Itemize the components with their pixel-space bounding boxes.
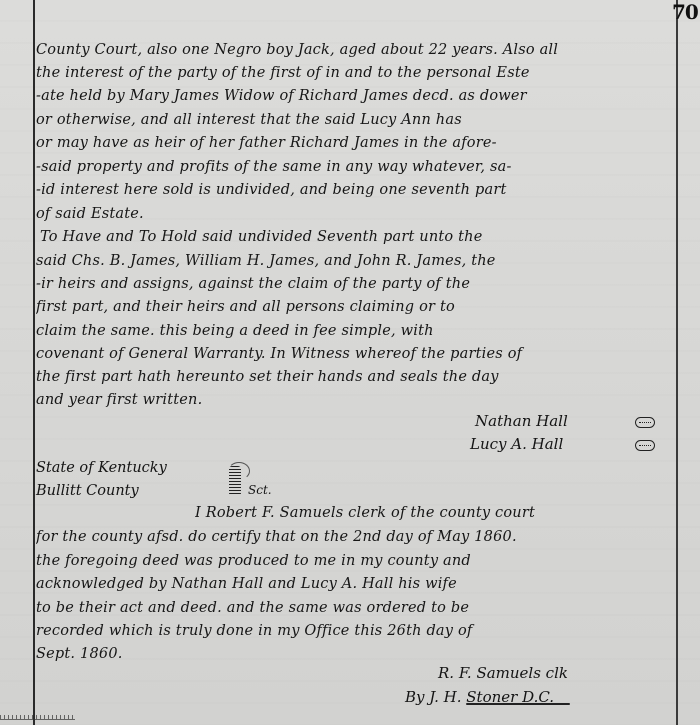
habendum-line: and year first written. <box>36 391 676 409</box>
deed-line: -said property and profits of the same i… <box>36 158 676 176</box>
signature-nathan-hall: Nathan Hall <box>475 412 568 430</box>
deed-line: or otherwise, and all interest that the … <box>36 111 676 129</box>
venue-county: Bullitt County <box>36 483 139 499</box>
deed-line: County Court, also one Negro boy Jack, a… <box>36 41 676 59</box>
venue-sct: Sct. <box>248 483 272 497</box>
signature-lucy-hall: Lucy A. Hall <box>470 435 563 453</box>
deed-line: or may have as heir of her father Richar… <box>36 134 676 152</box>
certificate-line: I Robert F. Samuels clerk of the county … <box>195 504 675 522</box>
deed-line: of said Estate. <box>36 205 676 223</box>
habendum-line: first part, and their heirs and all pers… <box>36 298 676 316</box>
venue-state: State of Kentucky <box>36 460 167 476</box>
certificate-line: acknowledged by Nathan Hall and Lucy A. … <box>36 575 676 593</box>
signature-underline <box>466 703 570 705</box>
habendum-line: claim the same. this being a deed in fee… <box>36 322 676 340</box>
certificate-line: the foregoing deed was produced to me in… <box>36 552 676 570</box>
certificate-line: Sept. 1860. <box>36 645 676 663</box>
deed-line: the interest of the party of the first o… <box>36 64 676 82</box>
seal-icon <box>635 417 655 428</box>
clerk-signature: R. F. Samuels clk <box>438 664 568 682</box>
habendum-line: covenant of General Warranty. In Witness… <box>36 345 676 363</box>
deed-line: -ate held by Mary James Widow of Richard… <box>36 87 676 105</box>
left-margin-rule <box>33 0 35 725</box>
certificate-line: recorded which is truly done in my Offic… <box>36 622 676 640</box>
deed-line: -id interest here sold is undivided, and… <box>36 181 676 199</box>
right-margin-rule <box>676 0 678 725</box>
document-page: 701 County Court, also one Negro boy Jac… <box>0 0 700 725</box>
brace-icon <box>229 466 241 496</box>
habendum-line: said Chs. B. James, William H. James, an… <box>36 252 676 270</box>
habendum-line: the first part hath hereunto set their h… <box>36 368 676 386</box>
habendum-line: To Have and To Hold said undivided Seven… <box>40 228 680 246</box>
bottom-flourish <box>0 715 75 720</box>
page-number: 701 <box>672 0 700 24</box>
certificate-line: to be their act and deed. and the same w… <box>36 599 676 617</box>
certificate-line: for the county afsd. do certify that on … <box>36 528 676 546</box>
seal-icon <box>635 440 655 451</box>
habendum-line: -ir heirs and assigns, against the claim… <box>36 275 676 293</box>
